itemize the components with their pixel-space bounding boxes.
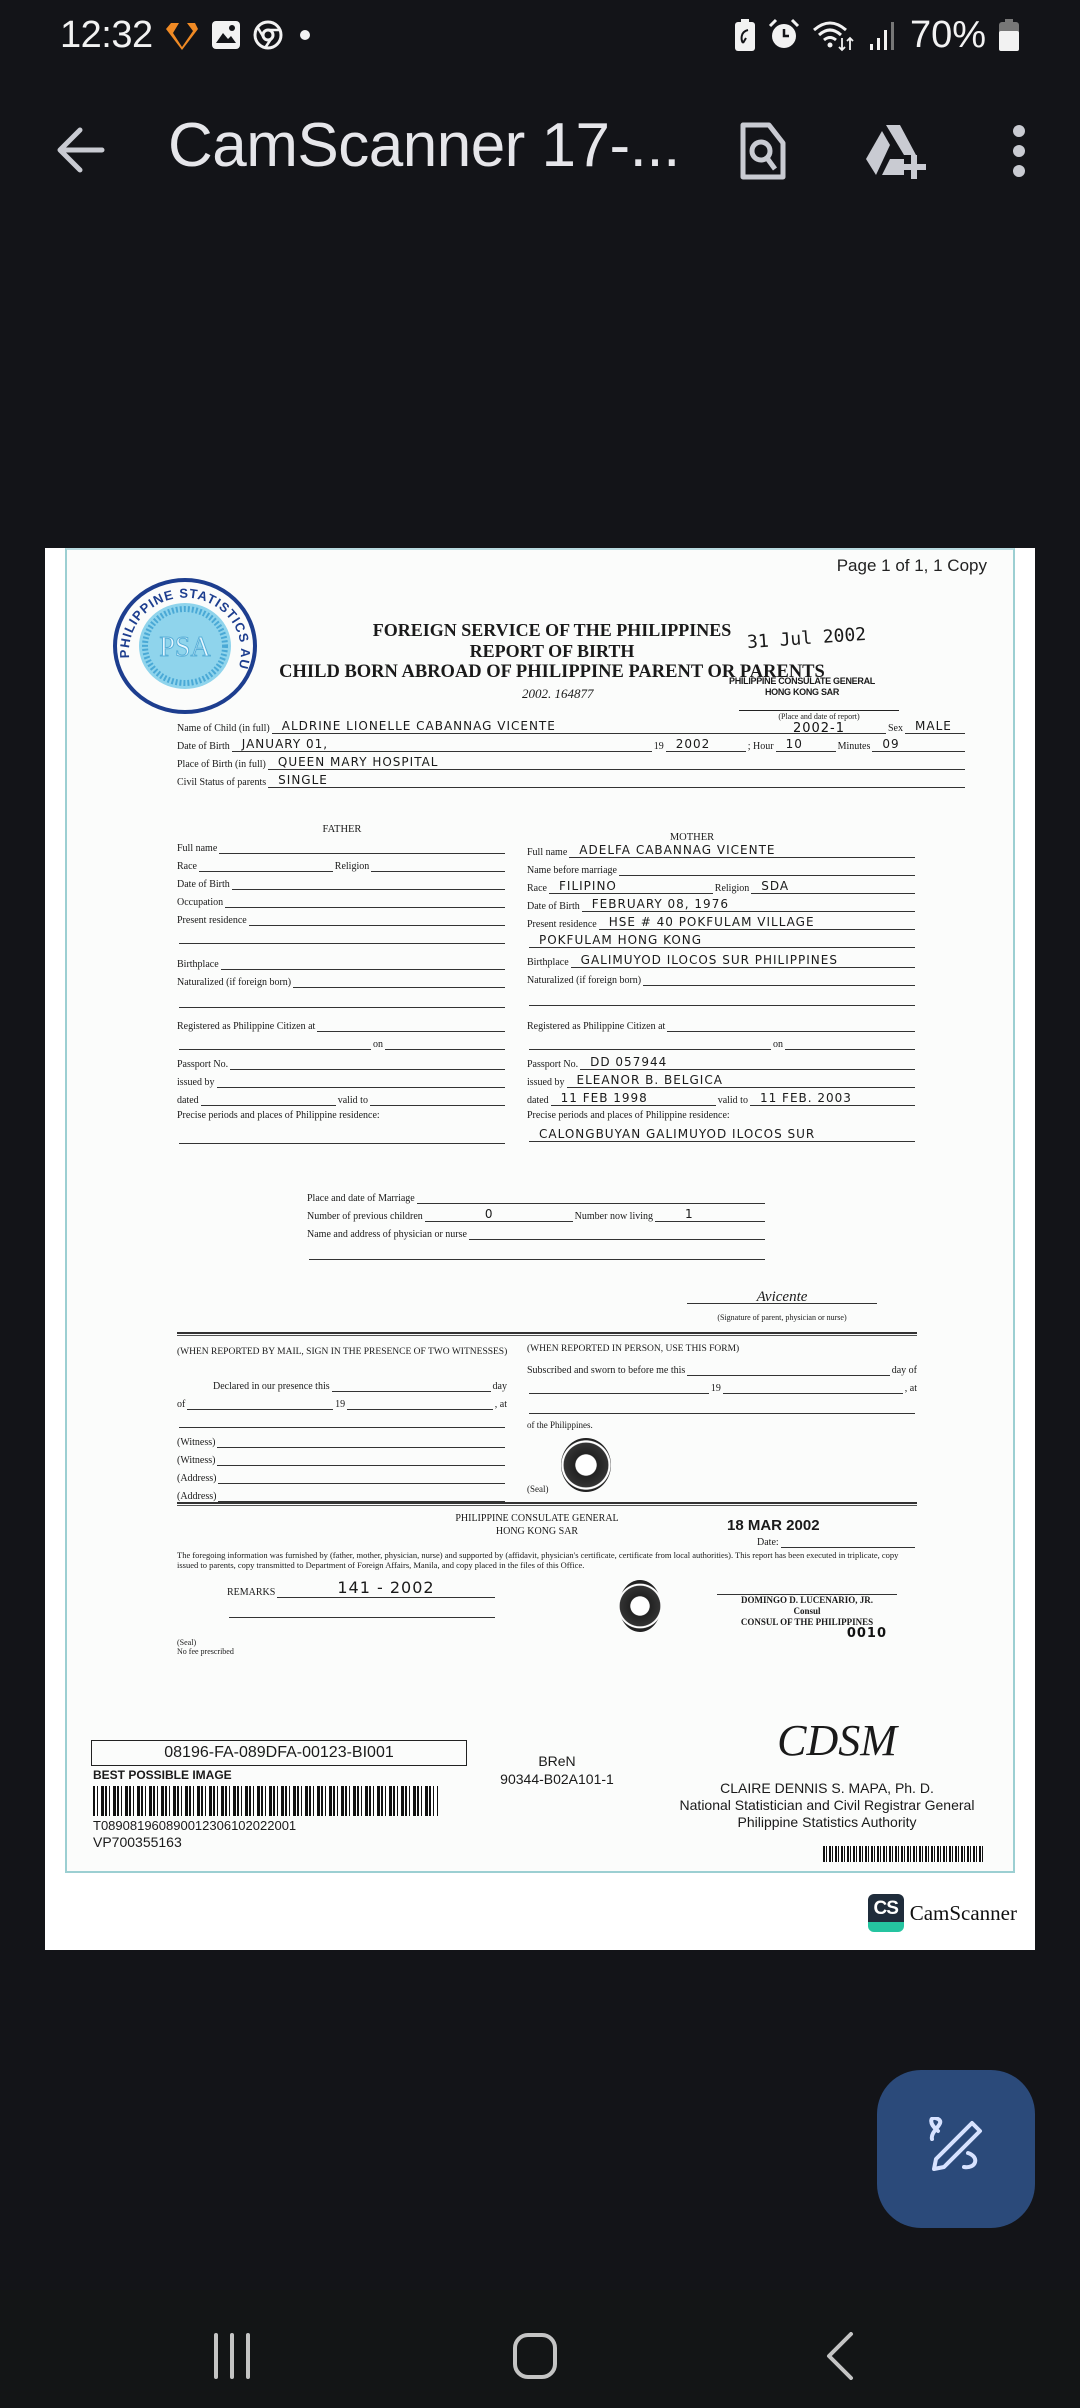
system-nav-bar [0,2290,1080,2408]
consulate-seal-icon [619,1580,661,1632]
status-bar: 12:32 70% [0,0,1080,70]
header-line-1: FOREIGN SERVICE OF THE PHILIPPINES [317,620,787,641]
consulate-paragraph: The foregoing information was furnished … [177,1550,917,1570]
consul-signature-block: DOMINGO D. LUCENARIO, JR. Consul CONSUL … [717,1594,897,1639]
battery-percent: 70% [910,14,986,57]
scanned-birth-report: Page 1 of 1, 1 Copy PSA PHILIPPINE STATI… [65,548,1015,1873]
signature-caption: (Signature of parent, physician or nurse… [687,1312,877,1323]
psa-seal-icon: PSA PHILIPPINE STATISTICS AUTHORITY [111,576,259,716]
father-heading: FATHER [177,824,507,835]
consulate-stamp: PHILIPPINE CONSULATE GENERAL HONG KONG S… [717,676,887,698]
psa-officer-signature: CDSM [687,1715,987,1766]
child-pob-row: Place of Birth (in full) QUEEN MARY HOSP… [177,756,967,770]
section-divider [177,1332,917,1336]
clock: 12:32 [60,14,153,57]
mother-heading: MOTHER [527,832,857,843]
wifi-icon [812,18,856,52]
recents-icon [210,2333,254,2384]
home-icon [512,2332,558,2385]
alarm-icon [768,18,800,52]
more-options-button[interactable] [984,118,1054,188]
home-button[interactable] [495,2328,575,2388]
search-in-document-icon [739,121,787,186]
barcode [93,1786,438,1816]
annotate-fab-button[interactable] [877,2070,1035,2228]
signal-icon [868,18,898,52]
best-possible-image-label: BEST POSSIBLE IMAGE [93,1768,232,1782]
child-name-row: Name of Child (in full) ALDRINE LIONELLE… [177,720,967,734]
child-dob-row: Date of Birth JANUARY 01, 19 2002 ; Hour… [177,738,967,752]
camscanner-watermark: CS CamScanner [868,1894,1017,1932]
header-line-2: REPORT OF BIRTH [317,641,787,662]
chrome-icon [253,20,283,50]
dot-icon [295,25,315,45]
form-header: FOREIGN SERVICE OF THE PHILIPPINES REPOR… [317,620,787,683]
annotate-pen-icon [924,2117,988,2182]
reference-number: 2002. 164877 [522,686,594,702]
civil-status-row: Civil Status of parents SINGLE [177,774,967,788]
svg-text:PSA: PSA [159,632,211,663]
child-sex-value: MALE [915,719,952,733]
add-to-drive-icon [864,123,930,184]
psa-officer-block: CLAIRE DENNIS S. MAPA, Ph. D. National S… [667,1780,987,1831]
gallery-icon [211,20,241,50]
page-copy-label: Page 1 of 1, 1 Copy [837,556,987,576]
psa-id-code: 08196-FA-089DFA-00123-BI001 [91,1740,467,1766]
vp-number: VP700355163 [93,1834,182,1850]
heart-app-icon [165,19,199,51]
embassy-seal-icon [561,1438,611,1492]
search-in-document-button[interactable] [728,118,798,188]
back-button[interactable] [48,120,112,184]
section-divider-2 [177,1502,917,1506]
battery-icon [998,18,1020,52]
bren-block: BReN 90344-B02A101-1 [487,1752,627,1788]
arrow-left-icon [54,127,106,178]
camscanner-logo-icon: CS [868,1894,904,1932]
more-vert-icon [1009,123,1029,184]
document-page[interactable]: Page 1 of 1, 1 Copy PSA PHILIPPINE STATI… [45,548,1035,1950]
document-title: CamScanner 17-... [168,110,680,181]
child-name-value: ALDRINE LIONELLE CABANNAG VICENTE [282,719,556,733]
back-icon [825,2332,855,2385]
parent-signature: Avicente [687,1292,877,1304]
battery-saver-icon [734,18,756,52]
barcode-number: T08908196089001230610202​2001 [93,1818,296,1833]
app-bar: CamScanner 17-... [0,90,1080,210]
small-barcode [823,1846,983,1862]
system-back-button[interactable] [800,2328,880,2388]
add-to-drive-button[interactable] [862,118,932,188]
consulate-date-stamp: 18 MAR 2002 [727,1520,820,1531]
recents-button[interactable] [192,2328,272,2388]
